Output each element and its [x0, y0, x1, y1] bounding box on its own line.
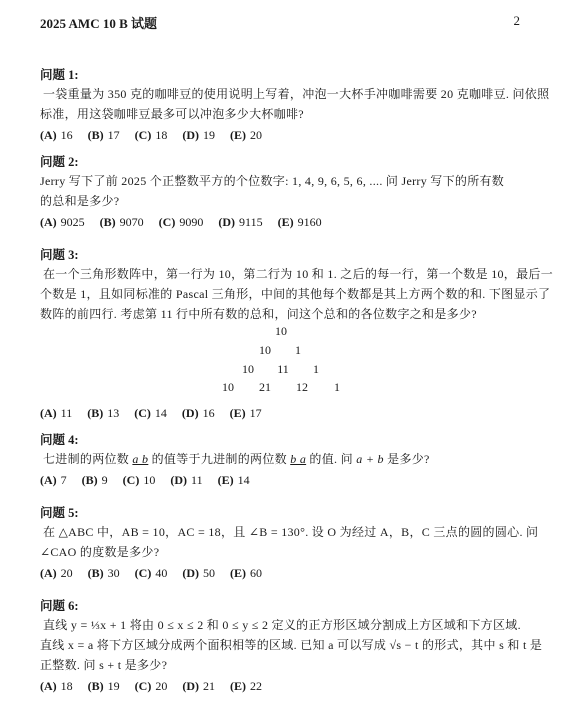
answer-options: (A)18 (B)19 (C)20 (D)21 (E)22 [40, 676, 520, 698]
option-c: (C)20 [135, 676, 168, 696]
document-page: 2025 AMC 10 B 试题 2 问题 1: 一袋重量为 350 克的咖啡豆… [0, 0, 570, 722]
page-number: 2 [514, 13, 521, 29]
question-text-line: 数阵的前四行. 考虑第 11 行中所有数的总和，问这个总和的各位数字之和是多少? [40, 304, 520, 324]
text-fragment: 是多少? [384, 452, 430, 466]
answer-options: (A)20 (B)30 (C)40 (D)50 (E)60 [40, 563, 520, 585]
option-e: (E)17 [230, 403, 262, 423]
triangle-cell: 1 [334, 380, 340, 395]
text-fragment: 的值等于九进制的两位数 [148, 452, 290, 466]
option-e: (E)60 [230, 563, 262, 583]
option-b: (B)9 [82, 470, 108, 490]
option-d: (D)19 [182, 125, 215, 145]
triangle-cell: 1 [295, 343, 301, 358]
question-title: 问题 1: [40, 67, 520, 84]
answer-options: (A)11 (B)13 (C)14 (D)16 (E)17 [40, 403, 520, 425]
triangle-cell: 10 [275, 324, 287, 339]
option-e: (E)14 [218, 470, 250, 490]
option-d: (D)21 [182, 676, 215, 696]
question-title: 问题 6: [40, 598, 520, 615]
question-text-line: 的总和是多少? [40, 191, 520, 211]
base9-number: b a [290, 452, 306, 466]
triangle-cell: 21 [259, 380, 271, 395]
option-a: (A)7 [40, 470, 67, 490]
option-d: (D)11 [170, 470, 202, 490]
triangle-cell: 1 [313, 362, 319, 377]
base7-number: a b [132, 452, 148, 466]
option-c: (C)18 [135, 125, 168, 145]
option-c: (C)14 [134, 403, 167, 423]
text-fragment: 的值. 问 [306, 452, 356, 466]
question-text-line: 七进制的两位数 a b 的值等于九进制的两位数 b a 的值. 问 a + b … [40, 449, 520, 469]
triangle-cell: 11 [277, 362, 289, 377]
option-d: (D)50 [182, 563, 215, 583]
option-c: (C)9090 [159, 212, 204, 232]
question-text-line: 直线 x = a 将下方区域分成两个面积相等的区域. 已知 a 可以写成 √s … [40, 635, 520, 655]
triangle-cell: 10 [259, 343, 271, 358]
question-4: 问题 4: 七进制的两位数 a b 的值等于九进制的两位数 b a 的值. 问 … [40, 432, 520, 492]
triangle-cell: 10 [222, 380, 234, 395]
question-title: 问题 4: [40, 432, 520, 449]
triangle-cell: 10 [242, 362, 254, 377]
answer-options: (A)7 (B)9 (C)10 (D)11 (E)14 [40, 470, 520, 492]
option-a: (A)16 [40, 125, 73, 145]
question-text-line: 直线 y = ⅓x + 1 将由 0 ≤ x ≤ 2 和 0 ≤ y ≤ 2 定… [40, 615, 520, 635]
question-text-line: 在一个三角形数阵中，第一行为 10，第二行为 10 和 1. 之后的每一行，第一… [40, 264, 520, 284]
option-b: (B)17 [88, 125, 120, 145]
option-c: (C)40 [135, 563, 168, 583]
question-text-line: 在 △ABC 中，AB = 10，AC = 18，且 ∠B = 130°. 设 … [40, 522, 520, 542]
math-expression: a + b [356, 452, 384, 466]
question-text-line: 正整数. 问 s + t 是多少? [40, 655, 520, 675]
question-text-line: 个数是 1，且如同标准的 Pascal 三角形，中间的其他每个数都是其上方两个数… [40, 284, 520, 304]
option-b: (B)9070 [100, 212, 144, 232]
option-a: (A)9025 [40, 212, 85, 232]
question-text-line: 标准，用这袋咖啡豆最多可以冲泡多少大杯咖啡? [40, 104, 520, 124]
question-title: 问题 3: [40, 247, 520, 264]
option-d: (D)9115 [218, 212, 262, 232]
question-text-line: Jerry 写下了前 2025 个正整数平方的个位数字: 1, 4, 9, 6,… [40, 171, 520, 191]
question-text-line: 一袋重量为 350 克的咖啡豆的使用说明上写着，冲泡一大杯手冲咖啡需要 20 克… [40, 84, 520, 104]
option-c: (C)10 [123, 470, 156, 490]
text-fragment: 七进制的两位数 [43, 452, 132, 466]
question-3: 问题 3: 在一个三角形数阵中，第一行为 10，第二行为 10 和 1. 之后的… [40, 247, 520, 425]
option-a: (A)18 [40, 676, 73, 696]
answer-options: (A)9025 (B)9070 (C)9090 (D)9115 (E)9160 [40, 212, 520, 234]
question-text-line: ∠CAO 的度数是多少? [40, 542, 520, 562]
answer-options: (A)16 (B)17 (C)18 (D)19 (E)20 [40, 125, 520, 147]
option-b: (B)30 [88, 563, 120, 583]
question-6: 问题 6: 直线 y = ⅓x + 1 将由 0 ≤ x ≤ 2 和 0 ≤ y… [40, 598, 520, 698]
question-2: 问题 2: Jerry 写下了前 2025 个正整数平方的个位数字: 1, 4,… [40, 154, 520, 234]
option-e: (E)9160 [278, 212, 322, 232]
option-b: (B)19 [88, 676, 120, 696]
page-header: 2025 AMC 10 B 试题 2 [40, 13, 520, 31]
option-e: (E)20 [230, 125, 262, 145]
number-triangle: 10 10 1 10 11 1 10 21 12 1 [40, 324, 520, 402]
question-title: 问题 2: [40, 154, 520, 171]
option-e: (E)22 [230, 676, 262, 696]
question-1: 问题 1: 一袋重量为 350 克的咖啡豆的使用说明上写着，冲泡一大杯手冲咖啡需… [40, 67, 520, 147]
option-a: (A)11 [40, 403, 72, 423]
question-5: 问题 5: 在 △ABC 中，AB = 10，AC = 18，且 ∠B = 13… [40, 505, 520, 585]
exam-title: 2025 AMC 10 B 试题 [40, 13, 157, 32]
option-a: (A)20 [40, 563, 73, 583]
question-title: 问题 5: [40, 505, 520, 522]
triangle-cell: 12 [296, 380, 308, 395]
option-b: (B)13 [87, 403, 119, 423]
option-d: (D)16 [182, 403, 215, 423]
